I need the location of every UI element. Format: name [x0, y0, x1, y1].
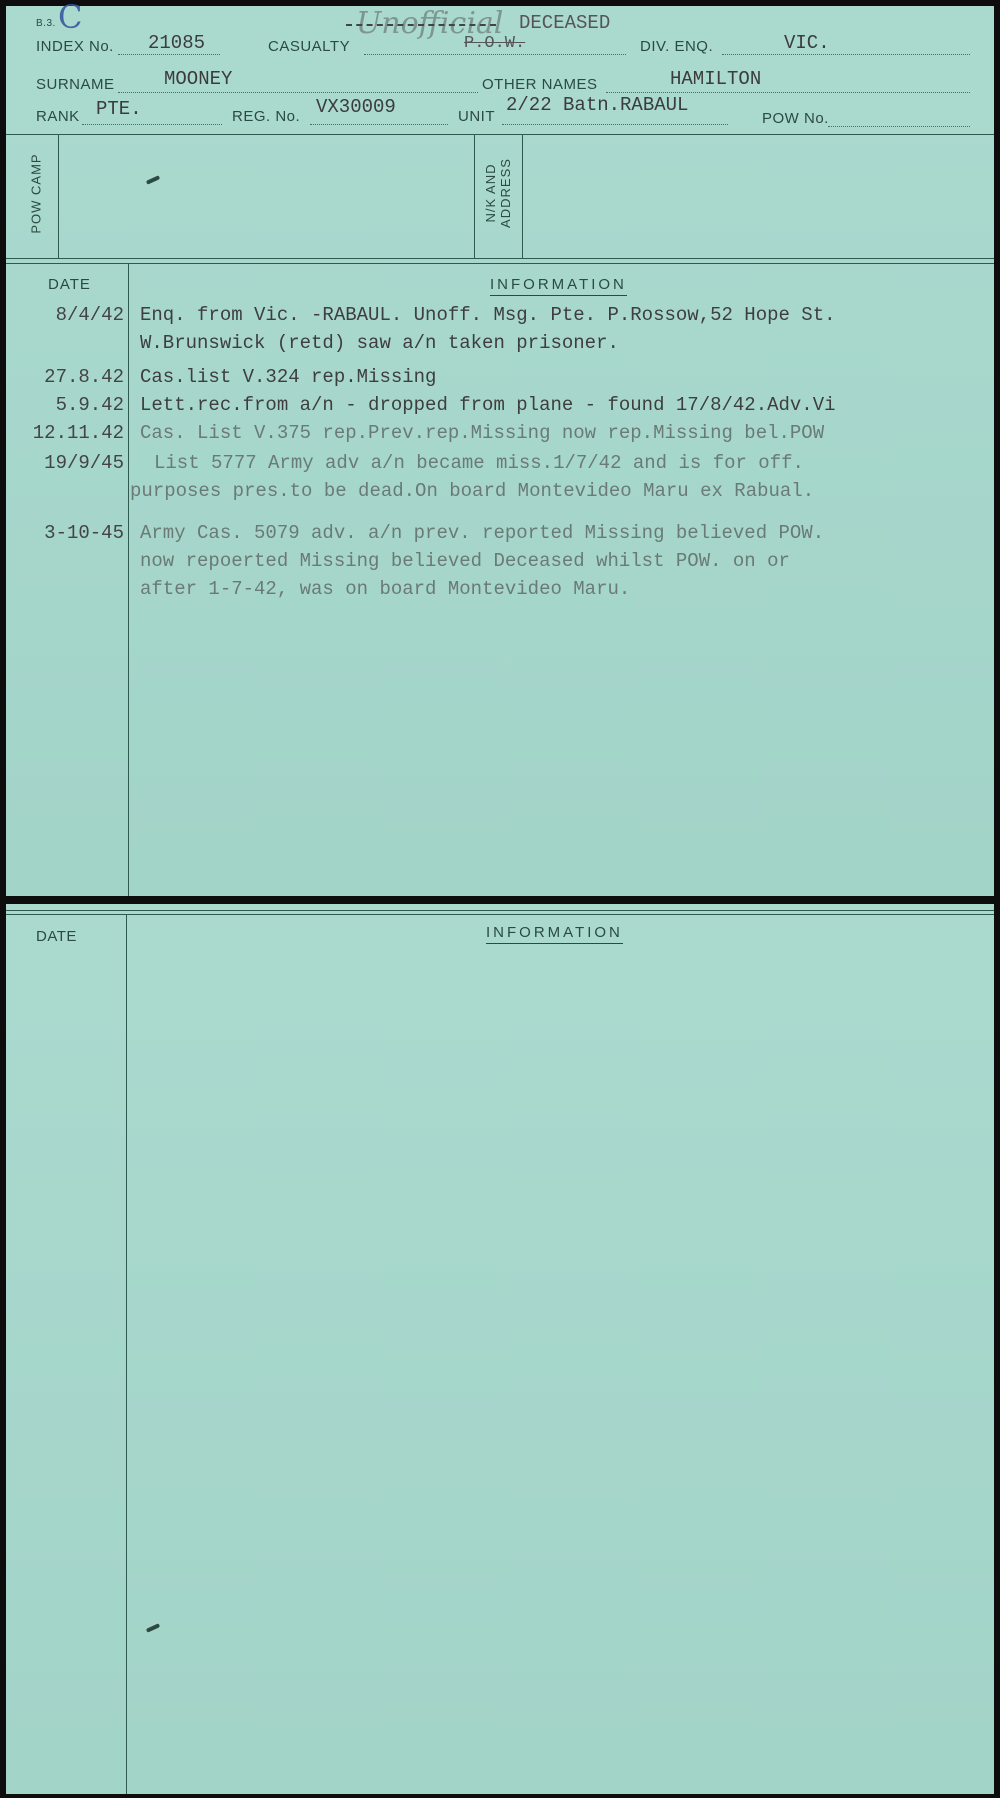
rank-label: RANK [36, 108, 80, 125]
index-dots [118, 54, 220, 55]
entry-date: 19/9/45 [6, 452, 124, 474]
corner-handwriting: C [58, 0, 82, 36]
entry-text-line: Lett.rec.from a/n - dropped from plane -… [140, 394, 836, 416]
entry-text-line: purposes pres.to be dead.On board Montev… [130, 480, 814, 502]
nk-divider-left [474, 134, 475, 258]
rule-top-back-1 [6, 910, 994, 911]
div-enq-dots [722, 54, 970, 55]
pow-no-dots [828, 126, 970, 127]
information-header: INFORMATION [490, 276, 627, 296]
rank-dots [82, 124, 222, 125]
reg-no-label: REG. No. [232, 108, 300, 125]
entry-text-line: List 5777 Army adv a/n became miss.1/7/4… [154, 452, 804, 474]
entry-text-line: Cas.list V.324 rep.Missing [140, 366, 436, 388]
entry-date: 12.11.42 [6, 422, 124, 444]
entry-text-line: Cas. List V.375 rep.Prev.rep.Missing now… [140, 422, 824, 444]
entry-date: 3-10-45 [6, 522, 124, 544]
ink-mark-back [146, 1623, 160, 1633]
information-header-back: INFORMATION [486, 924, 623, 944]
div-enq-label: DIV. ENQ. [640, 38, 713, 55]
index-value: 21085 [148, 32, 205, 54]
unit-dots [502, 124, 728, 125]
entry-text-line: now repoerted Missing believed Deceased … [140, 550, 790, 572]
div-enq-value: VIC. [784, 32, 830, 54]
casualty-label: CASUALTY [268, 38, 350, 55]
date-header-back: DATE [36, 928, 77, 945]
nk-address-label-line2: ADDRESS [498, 133, 513, 253]
unit-value: 2/22 Batn.RABAUL [506, 94, 688, 116]
entry-text-line: after 1-7-42, was on board Montevideo Ma… [140, 578, 630, 600]
casualty-strike-line [346, 24, 496, 26]
corner-mark: B.3. [36, 18, 56, 29]
date-header: DATE [48, 276, 91, 293]
unit-label: UNIT [458, 108, 495, 125]
pow-camp-label: POW CAMP [29, 134, 44, 254]
casualty-dots [364, 54, 626, 55]
date-column-divider [128, 263, 129, 896]
nk-address-label: N/K AND ADDRESS [483, 133, 513, 253]
entry-text-line: Enq. from Vic. -RABAUL. Unoff. Msg. Pte.… [140, 304, 836, 326]
pow-no-label: POW No. [762, 110, 829, 127]
surname-dots [118, 92, 478, 93]
reg-no-value: VX30009 [316, 96, 396, 118]
rule-top-back-2 [6, 914, 994, 915]
other-names-dots [606, 92, 970, 93]
rule-double-2 [6, 263, 994, 264]
rank-value: PTE. [96, 98, 142, 120]
surname-label: SURNAME [36, 76, 115, 93]
entry-date: 27.8.42 [6, 366, 124, 388]
other-names-label: OTHER NAMES [482, 76, 598, 93]
other-names-value: HAMILTON [670, 68, 761, 90]
ink-mark [146, 175, 160, 185]
pow-camp-divider [58, 134, 59, 258]
nk-divider-right [522, 134, 523, 258]
entry-text-line: W.Brunswick (retd) saw a/n taken prisone… [140, 332, 619, 354]
record-card-front: B.3. C INDEX No. 21085 CASUALTY Unoffici… [6, 6, 994, 896]
casualty-value-struck: P.O.W. [464, 34, 525, 53]
entry-date: 8/4/42 [6, 304, 124, 326]
entry-date: 5.9.42 [6, 394, 124, 416]
rule-double-1 [6, 258, 994, 259]
reg-no-dots [310, 124, 448, 125]
surname-value: MOONEY [164, 68, 232, 90]
casualty-deceased: DECEASED [519, 12, 610, 34]
entry-text-line: Army Cas. 5079 adv. a/n prev. reported M… [140, 522, 824, 544]
date-column-divider-back [126, 914, 127, 1794]
nk-address-label-line1: N/K AND [483, 133, 498, 253]
index-label: INDEX No. [36, 38, 114, 55]
record-card-back: DATE INFORMATION [6, 904, 994, 1794]
